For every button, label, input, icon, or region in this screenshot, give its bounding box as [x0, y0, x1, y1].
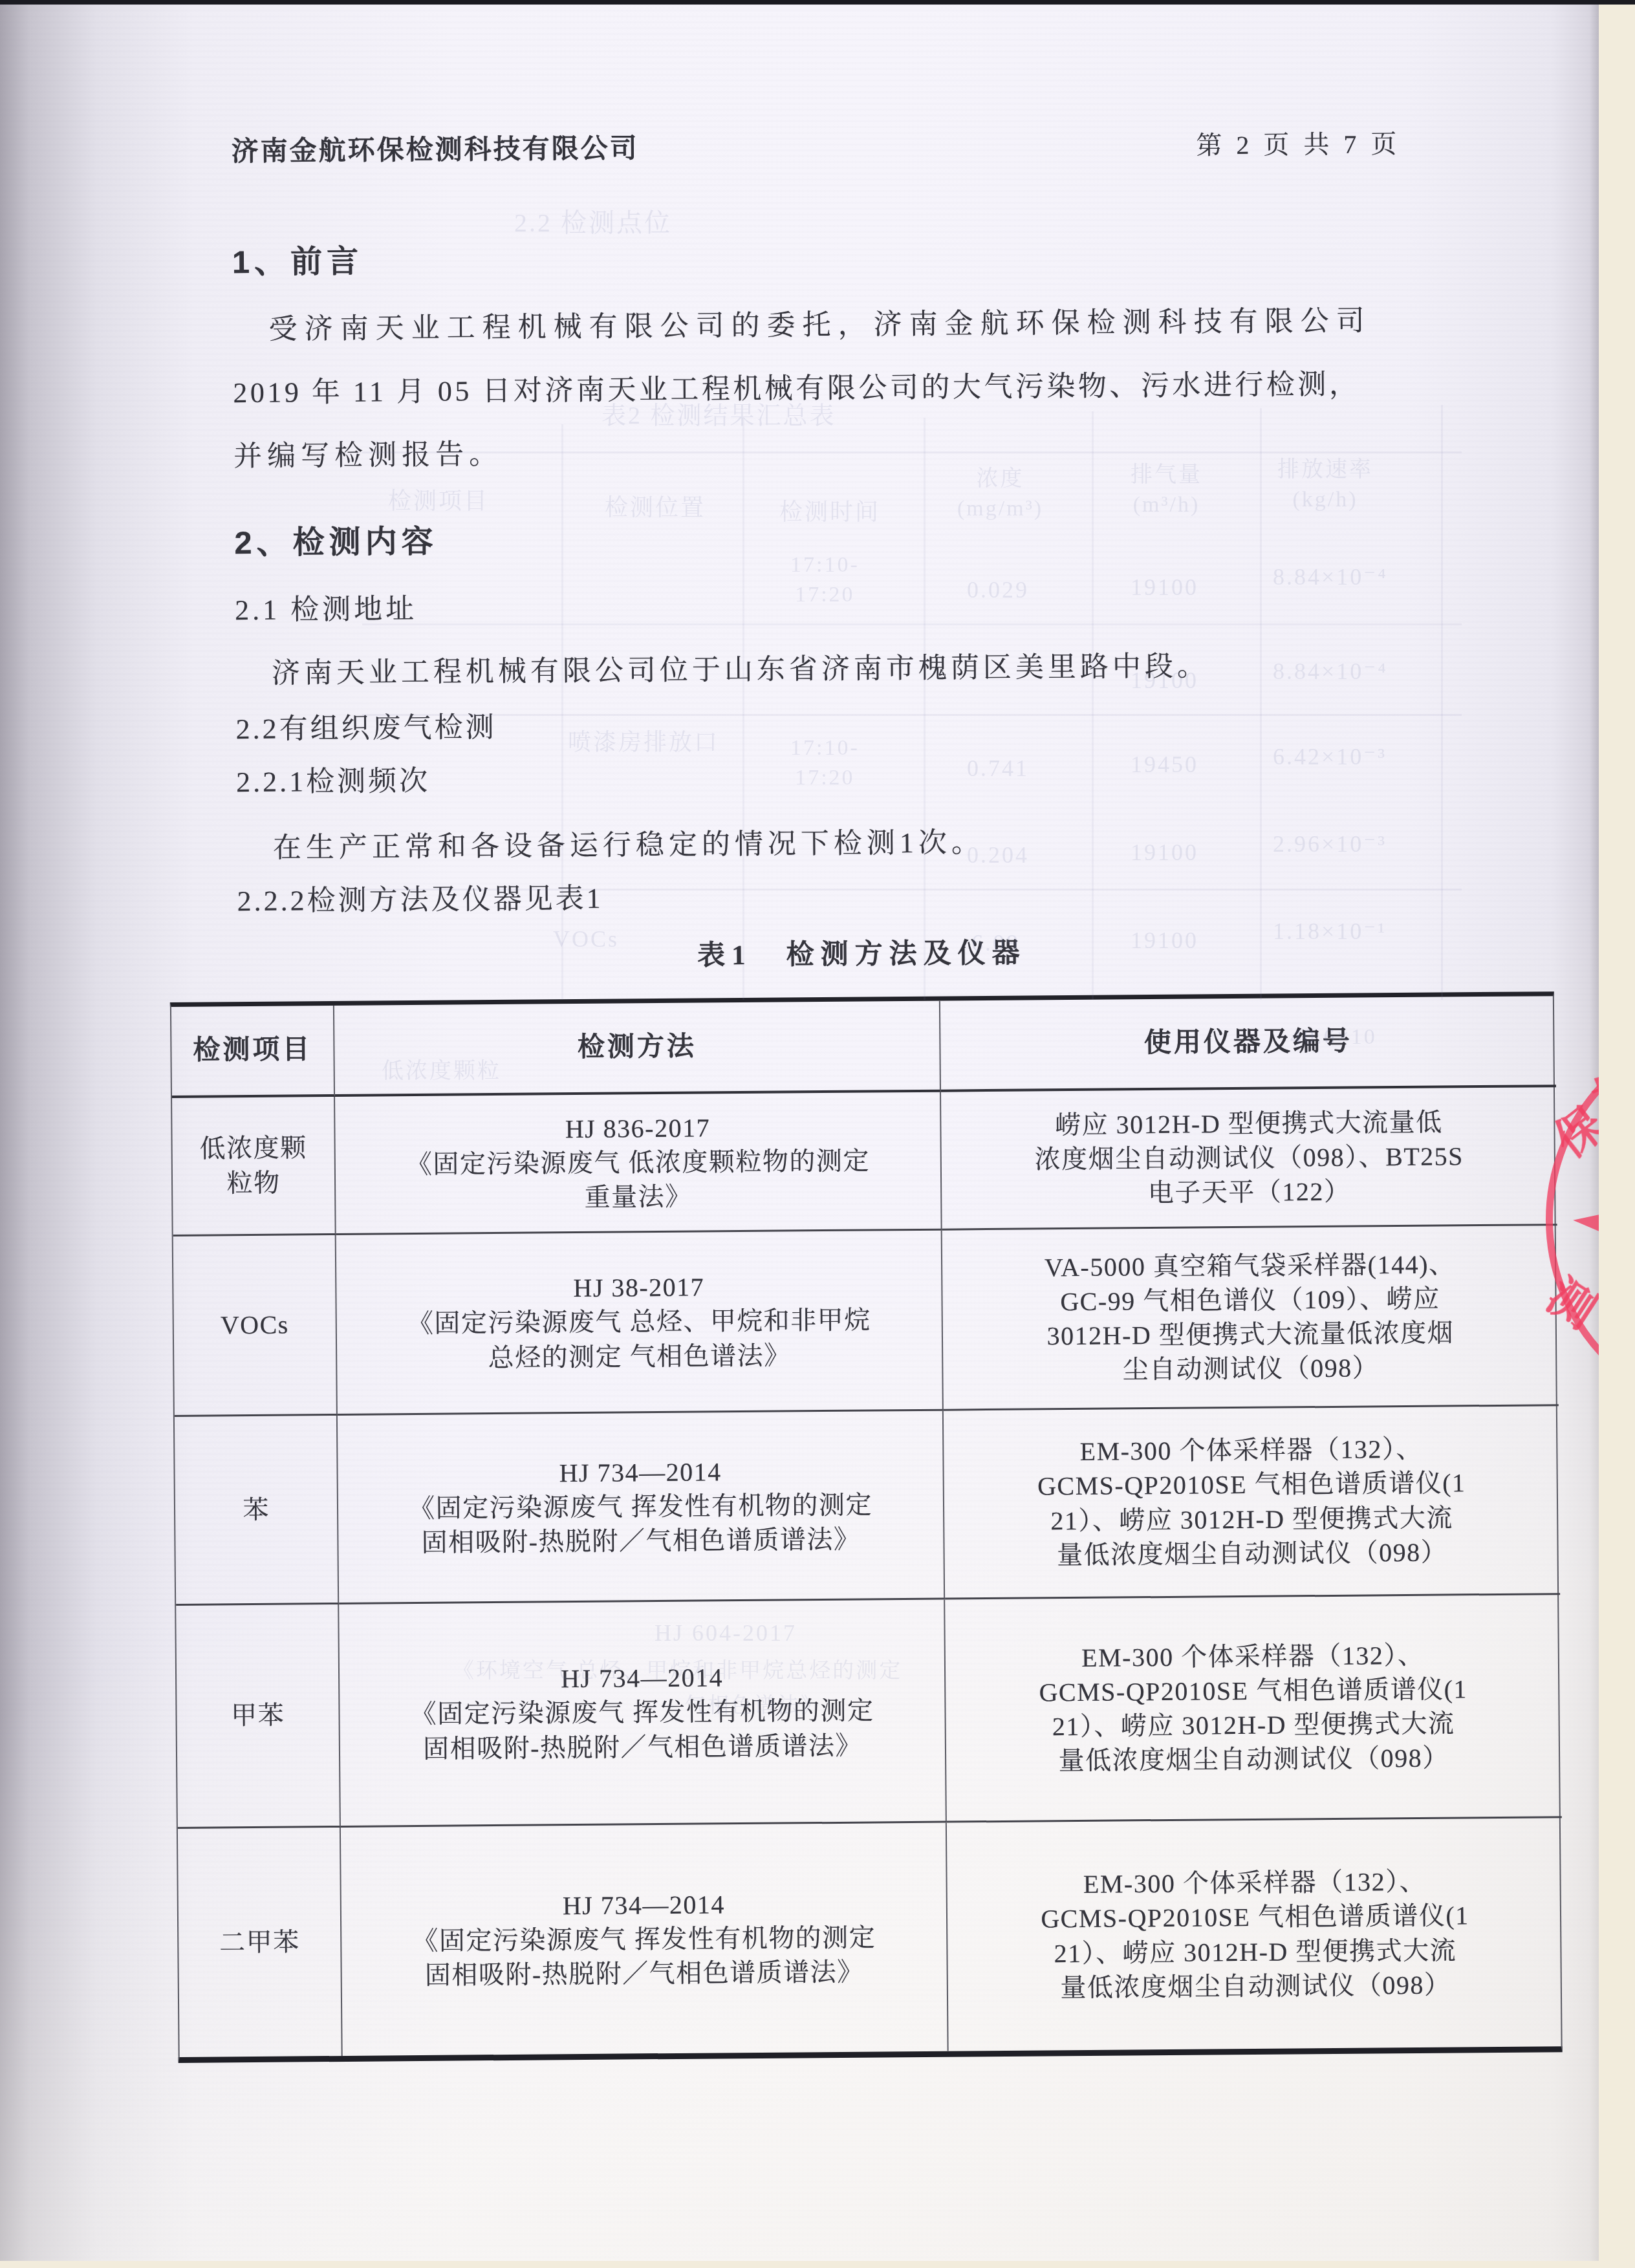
- table-row1-item: 低浓度颗 粒物: [172, 1097, 336, 1237]
- section2-2-heading: 2.2有组织废气检测: [235, 704, 496, 747]
- section2-2-1-text: 在生产正常和各设备运行稳定的情况下检测1次。: [273, 819, 984, 866]
- table-row2-method: HJ 38-2017 《固定污染源废气 总烃、甲烷和非甲烷 总烃的测定 气相色谱…: [336, 1231, 944, 1416]
- table-row5-item: 二甲苯: [178, 1828, 343, 2057]
- section2-2-1-heading: 2.2.1检测频次: [236, 757, 430, 800]
- table-row3-method: HJ 734—2014 《固定污染源废气 挥发性有机物的测定 固相吸附-热脱附／…: [338, 1411, 945, 1604]
- paper-sheet: 2.2 检测点位表2 检测结果汇总表检测项目检测位置检测时间浓度 (mg/m³)…: [0, 4, 1599, 2261]
- section2-1-text: 济南天业工程机械有限公司位于山东省济南市槐荫区美里路中段。: [272, 642, 1209, 691]
- table-row3-item: 苯: [175, 1416, 339, 1606]
- table-header-method: 检测方法: [334, 1001, 941, 1097]
- table1-caption: 表1 检测方法及仪器: [169, 927, 1554, 977]
- table-row1-method: HJ 836-2017 《固定污染源废气 低浓度颗粒物的测定 重量法》: [335, 1092, 942, 1235]
- table-row1-instruments: 崂应 3012H-D 型便携式大流量低 浓度烟尘自动测试仪（098）、BT25S…: [941, 1087, 1557, 1230]
- section2-1-heading: 2.1 检测地址: [235, 585, 417, 628]
- header-page-number: 第 2 页 共 7 页: [1196, 124, 1400, 162]
- section2-title: 2、检测内容: [234, 517, 438, 563]
- section1-paragraph-line2: 2019 年 11 月 05 日对济南天业工程机械有限公司的大气污染物、污水进行…: [233, 361, 1360, 411]
- scanned-report-page: 2.2 检测点位表2 检测结果汇总表检测项目检测位置检测时间浓度 (mg/m³)…: [0, 0, 1635, 2268]
- table-row4-instruments: EM-300 个体采样器（132）、 GCMS-QP2010SE 气相色谱质谱仪…: [945, 1595, 1562, 1822]
- table-row3-instruments: EM-300 个体采样器（132）、 GCMS-QP2010SE 气相色谱质谱仪…: [944, 1406, 1560, 1599]
- table-header-item: 检测项目: [171, 1006, 335, 1098]
- table-row4-method: HJ 734—2014 《固定污染源废气 挥发性有机物的测定 固相吸附-热脱附／…: [339, 1600, 947, 1828]
- table1-methods-and-instruments: 检测项目 检测方法 使用仪器及编号 低浓度颗 粒物 HJ 836-2017 《固…: [170, 991, 1563, 2063]
- table-row5-instruments: EM-300 个体采样器（132）、 GCMS-QP2010SE 气相色谱质谱仪…: [947, 1818, 1564, 2051]
- table-row2-item: VOCs: [173, 1235, 338, 1417]
- table-row2-instruments: VA-5000 真空箱气袋采样器(144)、 GC-99 气相色谱仪（109）、…: [942, 1226, 1559, 1410]
- header-company-name: 济南金航环保检测科技有限公司: [231, 127, 638, 169]
- table-header-instruments: 使用仪器及编号: [940, 996, 1556, 1092]
- section1-title: 1、前言: [232, 237, 363, 283]
- table-row4-item: 甲苯: [176, 1604, 341, 1829]
- table-row5-method: HJ 734—2014 《固定污染源废气 挥发性有机物的测定 固相吸附-热脱附／…: [341, 1823, 949, 2056]
- section1-paragraph-line1: 受济南天业工程机械有限公司的委托，济南金航环保检测科技有限公司: [268, 297, 1371, 347]
- section1-paragraph-line3: 并编写检测报告。: [233, 431, 503, 474]
- section2-2-2-heading: 2.2.2检测方法及仪器见表1: [237, 875, 603, 919]
- page-content: 济南金航环保检测科技有限公司 第 2 页 共 7 页 1、前言 受济南天业工程机…: [0, 4, 1599, 2261]
